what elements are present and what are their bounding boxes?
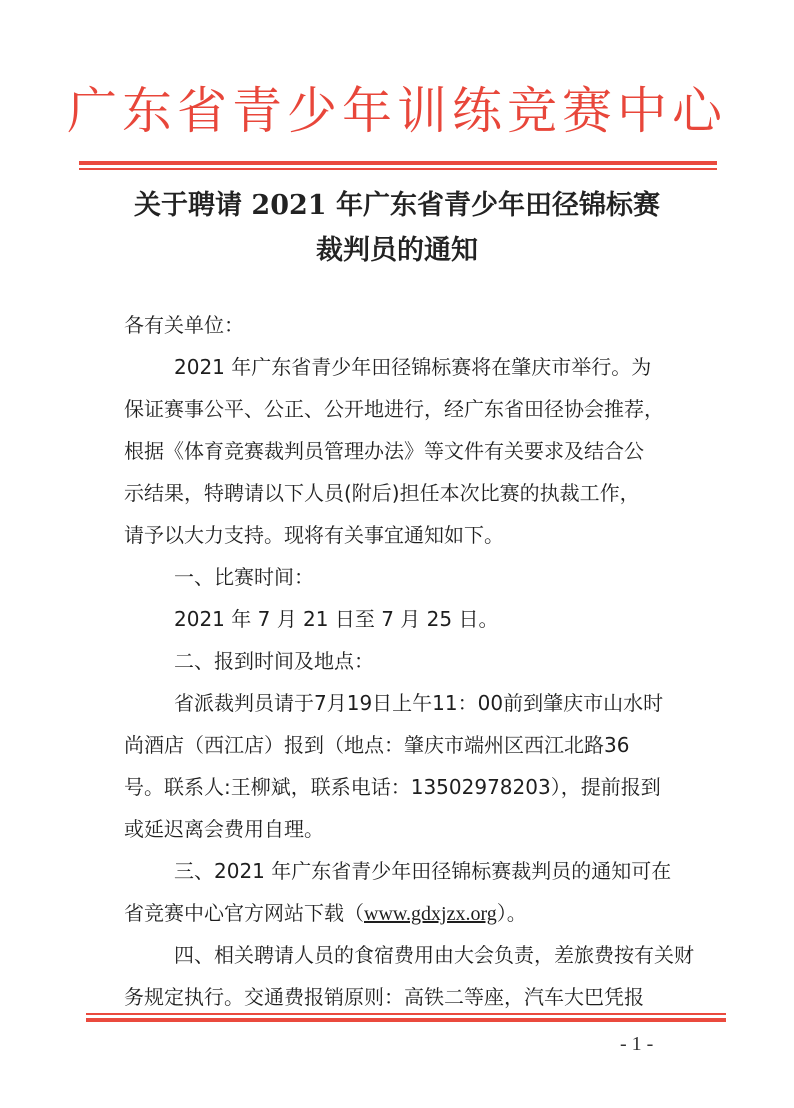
intro-line: 2021 年广东省青少年田径锦标赛将在肇庆市举行。为	[134, 346, 694, 388]
section-3-suffix: ）。	[497, 901, 527, 925]
section-2-heading: 二、报到时间及地点：	[134, 640, 694, 682]
salutation: 各有关单位：	[124, 304, 694, 346]
intro-line: 根据《体育竞赛裁判员管理办法》等文件有关要求及结合公	[124, 430, 694, 472]
header-rule-thick	[79, 161, 717, 165]
section-2-line: 省派裁判员请于7月19日上午11：00前到肇庆市山水时	[134, 682, 694, 724]
footer-rule-thin	[86, 1013, 726, 1015]
document-body: 各有关单位： 2021 年广东省青少年田径锦标赛将在肇庆市举行。为 保证赛事公平…	[134, 304, 694, 1018]
intro-line: 示结果，特聘请以下人员(附后)担任本次比赛的执裁工作，	[124, 472, 694, 514]
section-4-line: 四、相关聘请人员的食宿费用由大会负责，差旅费按有关财	[134, 934, 694, 976]
footer-rule-thick	[86, 1018, 726, 1022]
title-line-2: 裁判员的通知	[0, 228, 794, 273]
section-2-line: 或延迟离会费用自理。	[124, 808, 694, 850]
header-rule-thin	[79, 168, 717, 170]
section-3-line-2: 省竞赛中心官方网站下载（www.gdxjzx.org）。	[124, 892, 694, 934]
intro-line: 保证赛事公平、公正、公开地进行，经广东省田径协会推荐，	[124, 388, 694, 430]
title-line-1: 关于聘请 2021 年广东省青少年田径锦标赛	[0, 183, 794, 228]
section-1-content: 2021 年 7 月 21 日至 7 月 25 日。	[134, 598, 694, 640]
website-link[interactable]: www.gdxjzx.org	[364, 903, 497, 925]
masthead-org-name: 广东省青少年训练竞赛中心	[0, 78, 794, 144]
document-title: 关于聘请 2021 年广东省青少年田径锦标赛 裁判员的通知	[0, 183, 794, 273]
intro-line: 请予以大力支持。现将有关事宜通知如下。	[124, 514, 694, 556]
page-number: - 1 -	[620, 1033, 653, 1056]
section-2-line: 尚酒店（西江店）报到（地点：肇庆市端州区西江北路36	[124, 724, 694, 766]
section-1-heading: 一、比赛时间：	[134, 556, 694, 598]
section-2-line: 号。联系人:王柳斌，联系电话：13502978203），提前报到	[124, 766, 694, 808]
section-4-line: 务规定执行。交通费报销原则：高铁二等座，汽车大巴凭报	[124, 976, 694, 1018]
section-3-line-1: 三、2021 年广东省青少年田径锦标赛裁判员的通知可在	[134, 850, 694, 892]
section-3-prefix: 省竞赛中心官方网站下载（	[124, 901, 364, 925]
